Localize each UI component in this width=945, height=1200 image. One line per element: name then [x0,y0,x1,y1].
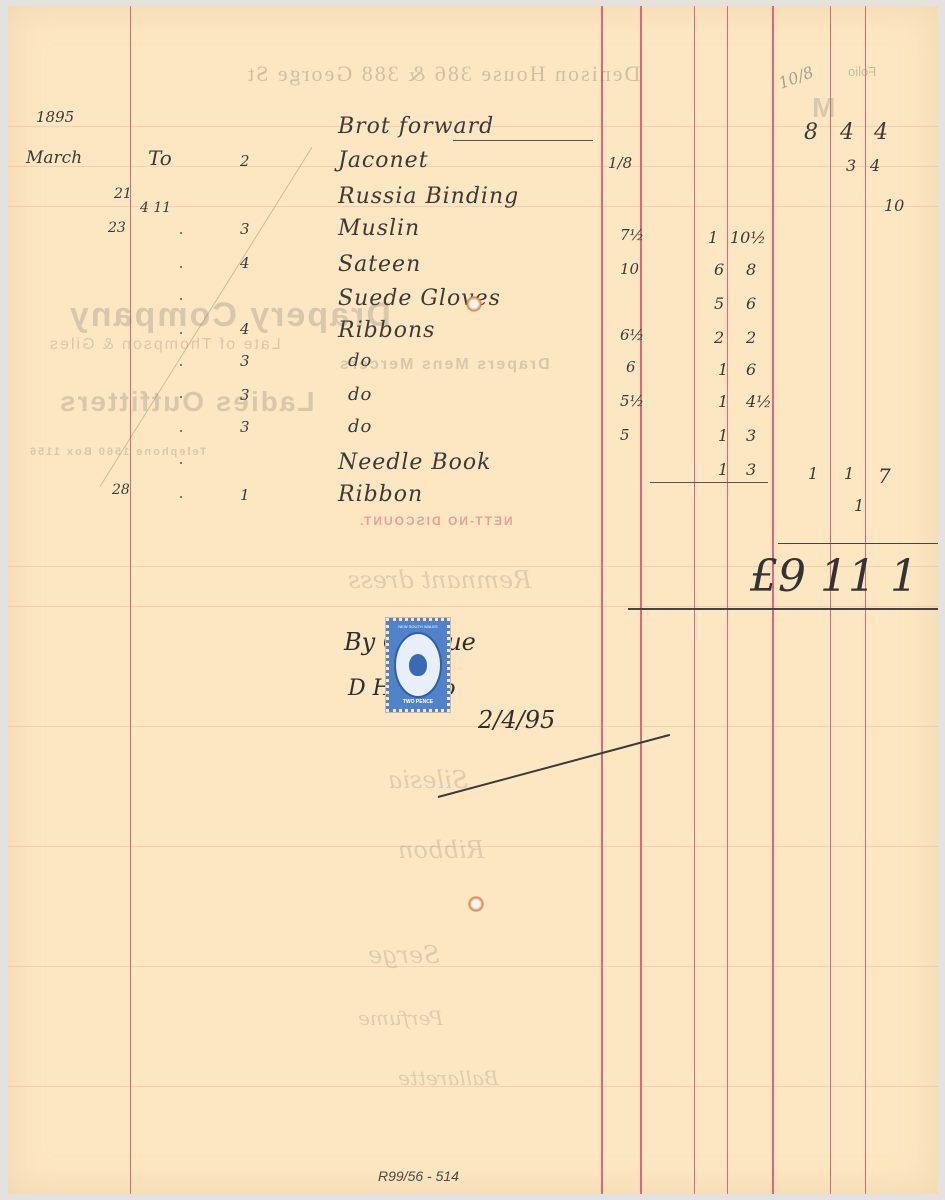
row-date: 23 [108,220,126,236]
subtotal-pounds: 1 [808,464,818,483]
row-pence: 4½ [746,392,772,411]
row-shillings: 2 [714,328,724,347]
ditto-dot [180,364,182,366]
stamp-top-text: NEW SOUTH WALES [389,624,447,629]
ditto-dot [180,232,182,234]
stamp-value-text: TWO PENCE [389,699,447,705]
row-shillings: 6 [714,260,724,279]
ditto-dot [180,430,182,432]
row-ref: To [148,146,172,170]
row-pence: 6 [746,360,756,379]
ruling-line [8,606,938,607]
row-qty: 4 [240,254,250,272]
row-col-s: 3 [846,156,856,175]
showthrough-text: Serge [368,941,440,969]
showthrough-text: Silesia [388,766,468,794]
opening-pence: 4 [874,120,888,145]
opening-shillings: 4 [840,120,854,145]
invoice-paper: Denison House 386 & 388 George St Folio … [8,6,938,1194]
burn-hole [468,896,484,912]
row-description: Ribbons [338,318,435,343]
corner-note: 10/8 [776,62,816,92]
row-qty: 2 [240,152,250,170]
row-pence: 6 [746,294,756,313]
row-rate: 5 [620,426,630,444]
receipt-initials-date: 2/4/95 [478,706,555,734]
row-shillings: 1 [708,228,718,247]
ditto-dot [180,332,182,334]
showthrough-text: Ribbon [398,836,484,864]
column-rule [640,6,642,1194]
row-shillings: 1 [718,360,728,379]
subtotal-pence: 7 [878,464,891,488]
row-qty: 3 [240,220,250,238]
total-bottom-line [628,608,938,610]
emu-icon [409,654,427,676]
row-shillings: 5 [714,294,724,313]
row-rate: 1/8 [608,154,632,172]
row-rate: 10 [620,260,639,278]
row-pence: 3 [746,426,756,445]
column-rule [694,6,695,1194]
underline [453,140,593,141]
row-shillings: 1 [718,392,728,411]
ditto-dot [180,496,182,498]
row-rate: 7½ [620,226,644,244]
row-description: Sateen [338,252,421,277]
row-col-d: 1 [854,496,864,515]
terms-stamp: NETT-NO DISCOUNT. [358,514,513,528]
row-rate: 6 [626,358,636,376]
row-qty: 3 [240,352,250,370]
row-qty: 3 [240,418,250,436]
row-col-d: 10 [884,196,904,215]
postage-stamp: NEW SOUTH WALES TWO PENCE [386,618,450,712]
row-date: 28 [112,482,130,498]
total-top-line [778,543,938,544]
column-rule [727,6,728,1194]
subtotal-shillings: 1 [844,464,854,483]
showthrough-text: Ballarette [398,1066,499,1090]
row-description: do [348,384,372,405]
ledger-month: March [26,148,82,168]
row-qty: 1 [240,486,250,504]
row-pence: 8 [746,260,756,279]
showthrough-text: Perfume [358,1006,443,1030]
row-rate: 6½ [620,326,644,344]
signature-flourish [438,734,670,798]
row-ref: 4 11 [140,200,171,216]
opening-pounds: 8 [804,120,818,145]
row-description: do [348,350,372,371]
ditto-dot [180,298,182,300]
margin-rule [130,6,131,1194]
ruling-line [8,726,938,727]
row-col-d: 4 [870,156,880,175]
row-shillings: 1 [718,426,728,445]
row-rate: 5½ [620,392,644,410]
ledger-year: 1895 [36,108,74,126]
row-pence: 10½ [730,228,766,247]
archive-reference: R99/56 - 514 [378,1168,459,1184]
row-qty: 4 [240,320,250,338]
printed-outfitters: Ladies Outfitters [58,386,314,418]
row-description: Muslin [338,216,420,241]
ditto-dot [180,266,182,268]
printed-header: Denison House 386 & 388 George St [246,61,640,87]
stamp-oval [394,632,442,698]
showthrough-text: Remnant dress [348,566,531,594]
folio-label: Folio [848,64,876,79]
row-date: 21 [114,186,132,202]
opening-description: Brot forward [338,114,494,139]
ruling-line [8,966,938,967]
invoice-total: £9 11 1 [750,551,918,602]
row-description: Ribbon [338,482,423,507]
row-pence: 3 [746,460,756,479]
row-description: Jaconet [338,148,429,173]
column-rule [601,6,603,1194]
row-pence: 2 [746,328,756,347]
row-description: Russia Binding [338,184,519,209]
row-description: Needle Book [338,450,491,475]
row-qty: 3 [240,386,250,404]
burn-hole [466,296,482,312]
ditto-dot [180,462,182,464]
ditto-dot [180,396,182,398]
subtotal-underline [650,482,768,483]
row-description: do [348,416,372,437]
row-shillings: 1 [718,460,728,479]
